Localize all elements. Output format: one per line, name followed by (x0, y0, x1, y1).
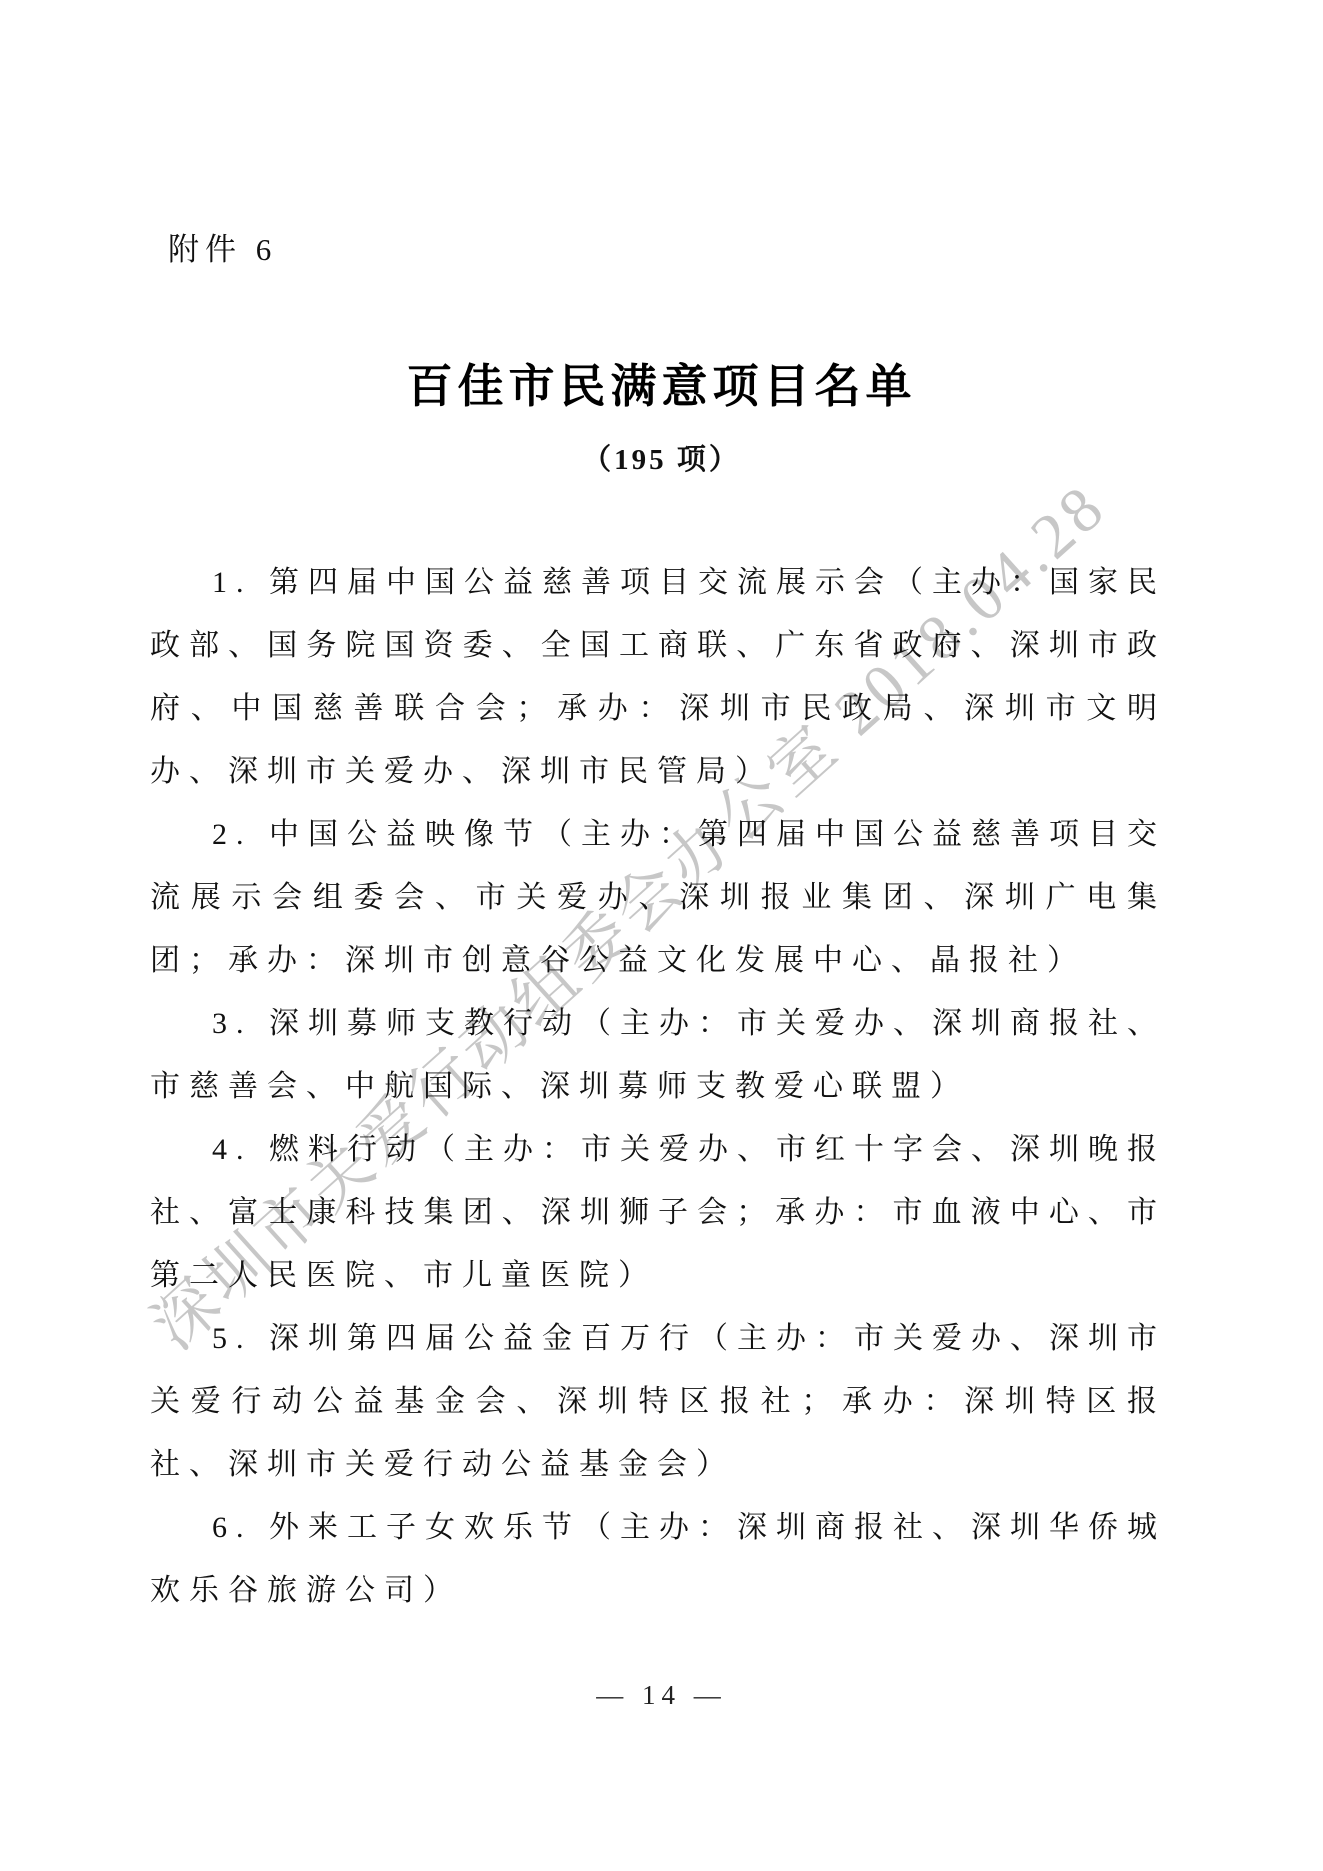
list-item: 2. 中国公益映像节（主办：第四届中国公益慈善项目交流展示会组委会、市关爱办、深… (150, 803, 1166, 992)
list-item: 3. 深圳募师支教行动（主办：市关爱办、深圳商报社、市慈善会、中航国际、深圳募师… (150, 992, 1166, 1118)
page-subtitle: （195 项） (0, 437, 1323, 478)
project-list: 1. 第四届中国公益慈善项目交流展示会（主办：国家民政部、国务院国资委、全国工商… (150, 551, 1166, 1622)
list-item: 6. 外来工子女欢乐节（主办：深圳商报社、深圳华侨城欢乐谷旅游公司） (150, 1496, 1166, 1622)
list-item: 1. 第四届中国公益慈善项目交流展示会（主办：国家民政部、国务院国资委、全国工商… (150, 551, 1166, 803)
page-title: 百佳市民满意项目名单 (0, 350, 1323, 416)
document-page: 深圳市关爱行动组委会办公室 2018.04.28 附件 6 百佳市民满意项目名单… (0, 0, 1323, 1871)
page-number: — 14 — (0, 1680, 1323, 1711)
list-item: 5. 深圳第四届公益金百万行（主办：市关爱办、深圳市关爱行动公益基金会、深圳特区… (150, 1307, 1166, 1496)
attachment-label: 附件 6 (168, 224, 277, 269)
list-item: 4. 燃料行动（主办：市关爱办、市红十字会、深圳晚报社、富士康科技集团、深圳狮子… (150, 1118, 1166, 1307)
